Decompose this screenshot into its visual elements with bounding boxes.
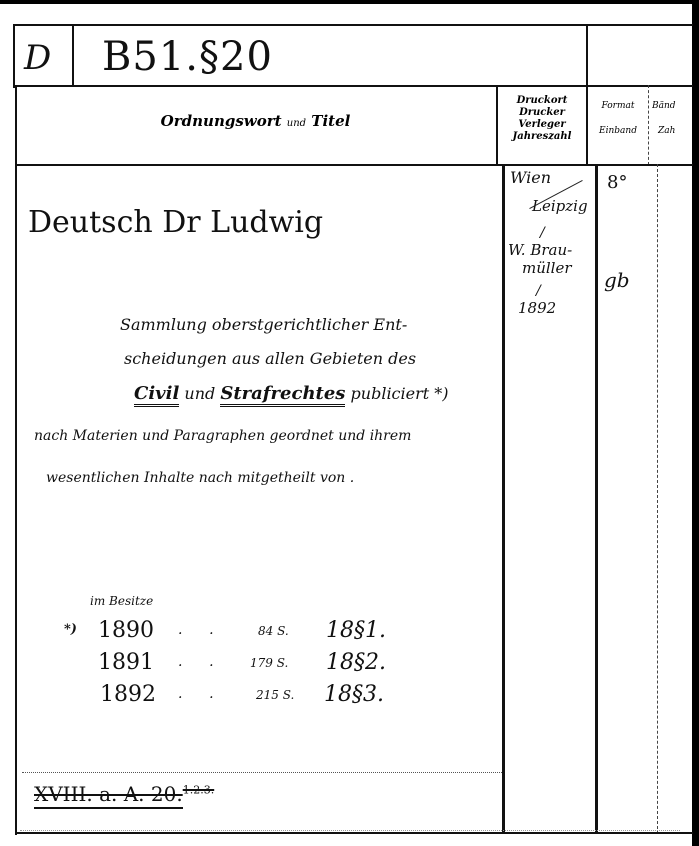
- title-line-2: scheidungen aus allen Gebieten des: [124, 349, 449, 383]
- imprint-place-alt: Leipzig: [532, 197, 592, 215]
- scan-right-edge: [692, 0, 699, 846]
- header-title-column: Ordnungswort und Titel: [15, 112, 496, 130]
- body-format-left-rule: [595, 164, 598, 834]
- header-volumes-left: [648, 85, 649, 165]
- scan-top-border: [0, 0, 699, 4]
- footnote-note: im Besitze: [90, 594, 153, 608]
- subtitle-line-2: wesentlichen Inhalte nach mitgetheilt vo…: [46, 470, 411, 500]
- header-ordnungswort: Ordnungswort: [161, 112, 282, 130]
- title-line-3: Civil und Strafrechtes publiciert *): [134, 383, 449, 417]
- header-volumes-column: Bänd Zah: [652, 100, 692, 137]
- header-imprint-column: Druckort Drucker Verleger Jahreszahl: [498, 95, 586, 143]
- card-left-rule: [15, 85, 17, 835]
- header-bottom-rule: [15, 164, 693, 166]
- imprint-cell: Wien Leipzig / W. Brau- müller / 1892: [506, 168, 592, 317]
- imprint-year: 1892: [518, 299, 592, 317]
- binding-value: gb: [604, 268, 630, 292]
- signature-separator: [22, 772, 502, 773]
- shelf-mark: B51.§20: [102, 34, 273, 80]
- body-volumes-left-rule: [657, 164, 658, 834]
- author-heading: Deutsch Dr Ludwig: [28, 205, 323, 240]
- imprint-publisher-1: W. Brau-: [508, 241, 592, 259]
- index-box-divider: [72, 24, 74, 86]
- scan-noise-footer: [20, 830, 680, 837]
- format-value: 8°: [607, 172, 627, 193]
- header-titel: Titel: [311, 112, 350, 130]
- header-format-column: Format Einband: [588, 100, 648, 137]
- index-letter: D: [24, 38, 51, 78]
- header-und: und: [287, 118, 306, 129]
- index-box-bottom-rule: [13, 85, 693, 87]
- subtitle-line-1: nach Materien und Paragraphen geordnet u…: [34, 428, 411, 470]
- title-line-1: Sammlung oberstgerichtlicher Ent-: [120, 315, 449, 349]
- subtitle-block: nach Materien und Paragraphen geordnet u…: [34, 428, 411, 500]
- imprint-publisher-2: müller: [522, 259, 592, 277]
- body-imprint-left-rule: [502, 164, 505, 834]
- old-signature: XVIII. a. A. 20.1.2.3.: [34, 782, 214, 806]
- imprint-place: Wien: [510, 168, 592, 187]
- signature-box-right: [586, 24, 588, 86]
- footnote-marker: *): [64, 622, 77, 637]
- title-block: Sammlung oberstgerichtlicher Ent- scheid…: [120, 315, 449, 417]
- card-top-rule: [13, 24, 693, 26]
- index-box-left: [13, 24, 15, 88]
